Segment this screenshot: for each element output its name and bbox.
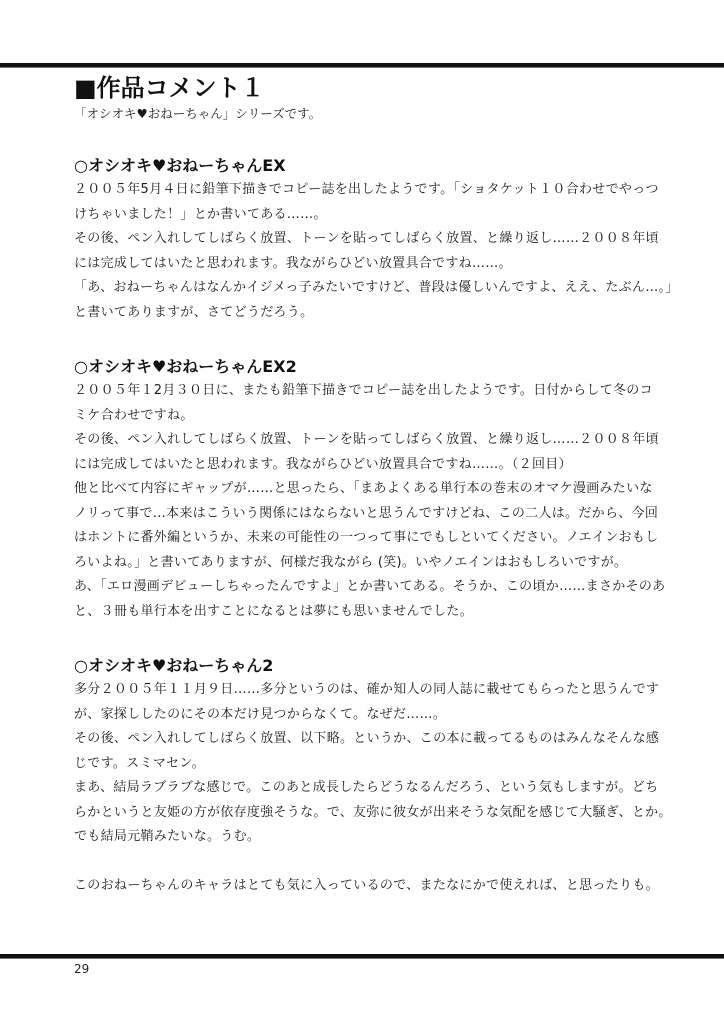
text-line: ろいよね。」と書いてありますが、何様だ我ながら (笑)。いやノエインはおもしろい… bbox=[74, 551, 654, 576]
top-rule bbox=[0, 63, 724, 67]
section-heading: ○オシオキ♥おねーちゃんEX bbox=[74, 154, 654, 178]
bottom-rule bbox=[0, 954, 724, 958]
text-line: 「あ、おねーちゃんはなんかイジメっ子みたいですけど、普段は優しいんですよ、ええ、… bbox=[74, 276, 654, 301]
page-title: ■作品コメント１ bbox=[74, 72, 654, 104]
text-line: ２００５年5月４日に鉛筆下描きでコピー誌を出したようです。「ショタケット１０合わ… bbox=[74, 178, 654, 203]
intro-text: 「オシオキ♥おねーちゃん」シリーズです。 bbox=[74, 104, 654, 124]
text-line: その後、ペン入れしてしばらく放置、以下略。というか、この本に載ってるものはみんな… bbox=[74, 727, 654, 752]
section-body: ２００５年5月４日に鉛筆下描きでコピー誌を出したようです。「ショタケット１０合わ… bbox=[74, 178, 654, 325]
section-heading: ○オシオキ♥おねーちゃんEX2 bbox=[74, 355, 654, 379]
text-line: その後、ペン入れしてしばらく放置、トーンを貼ってしばらく放置、と繰り返し……２０… bbox=[74, 227, 654, 252]
text-line: 他と比べて内容にギャップが……と思ったら、「まあよくある単行本の巻末のオマケ漫画… bbox=[74, 477, 654, 502]
page-content: ■作品コメント１ 「オシオキ♥おねーちゃん」シリーズです。 ○オシオキ♥おねーち… bbox=[74, 72, 654, 898]
text-line: と書いてありますが、さてどうだろう。 bbox=[74, 301, 654, 326]
text-line: ２００５年１2月３０日に、またも鉛筆下描きでコピー誌を出したようです。日付からし… bbox=[74, 379, 654, 404]
text-line: けちゃいました！」とか書いてある……。 bbox=[74, 203, 654, 228]
text-line: このおねーちゃんのキャラはとても気に入っているので、またなにかで使えれば、と思っ… bbox=[74, 874, 654, 899]
text-line: と、３冊も単行本を出すことになるとは夢にも思いませんでした。 bbox=[74, 600, 654, 625]
text-line: ノリって事で…本来はこういう関係にはならないと思うんですけどね、この二人は。だか… bbox=[74, 502, 654, 527]
section-2: ○オシオキ♥おねーちゃん2 多分２００５年１１月９日……多分というのは、確か知人… bbox=[74, 654, 654, 850]
section-heading: ○オシオキ♥おねーちゃん2 bbox=[74, 654, 654, 678]
closing-text: このおねーちゃんのキャラはとても気に入っているので、またなにかで使えれば、と思っ… bbox=[74, 874, 654, 899]
section-body: 多分２００５年１１月９日……多分というのは、確か知人の同人誌に載せてもらったと思… bbox=[74, 678, 654, 850]
text-line: じです。スミマセン。 bbox=[74, 752, 654, 777]
text-line: 多分２００５年１１月９日……多分というのは、確か知人の同人誌に載せてもらったと思… bbox=[74, 678, 654, 703]
text-line: が、家探ししたのにその本だけ見つからなくて。なぜだ……。 bbox=[74, 703, 654, 728]
section-body: ２００５年１2月３０日に、またも鉛筆下描きでコピー誌を出したようです。日付からし… bbox=[74, 379, 654, 624]
text-line: には完成してはいたと思われます。我ながらひどい放置具合ですね……。 bbox=[74, 252, 654, 277]
page-number: 29 bbox=[74, 962, 89, 976]
text-line: あ、「エロ漫画デビューしちゃったんですよ」とか書いてある。そうか、この頃か……ま… bbox=[74, 575, 654, 600]
text-line: らかというと友姫の方が依存度強そうな。で、友弥に彼女が出来そうな気配を感じて大騒… bbox=[74, 801, 654, 826]
section-ex: ○オシオキ♥おねーちゃんEX ２００５年5月４日に鉛筆下描きでコピー誌を出したよ… bbox=[74, 154, 654, 325]
text-line: はホントに番外編というか、未来の可能性の一つって事にでもしといてください。ノエイ… bbox=[74, 526, 654, 551]
section-ex2: ○オシオキ♥おねーちゃんEX2 ２００５年１2月３０日に、またも鉛筆下描きでコピ… bbox=[74, 355, 654, 624]
text-line: には完成してはいたと思われます。我ながらひどい放置具合ですね……。（２回目） bbox=[74, 453, 654, 478]
text-line: その後、ペン入れしてしばらく放置、トーンを貼ってしばらく放置、と繰り返し……２０… bbox=[74, 428, 654, 453]
text-line: でも結局元鞘みたいな。うむ。 bbox=[74, 825, 654, 850]
text-line: ミケ合わせですね。 bbox=[74, 404, 654, 429]
text-line: まあ、結局ラブラブな感じで。このあと成長したらどうなるんだろう、という気もします… bbox=[74, 776, 654, 801]
